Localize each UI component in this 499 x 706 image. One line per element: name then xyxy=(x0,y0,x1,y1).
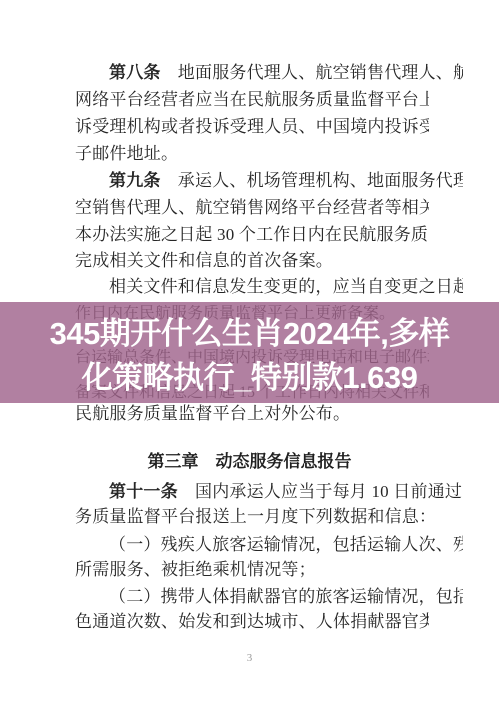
doc-line-text: 色通道次数、始发和到达城市、人体捐献器官类型、运输方 xyxy=(75,612,429,631)
doc-line: 第十一条 国内承运人应当于每月 10 日前通过民航服 xyxy=(75,482,463,502)
doc-line: 第九条 承运人、机场管理机构、地面服务代理人、航 xyxy=(75,171,463,191)
doc-line: 本办法实施之日起 30 个工作日内在民航服务质量监督平台 xyxy=(75,225,429,245)
doc-line: 所需服务、被拒绝乘机情况等； xyxy=(75,560,429,580)
doc-line: （一）残疾人旅客运输情况，包括运输人次、残疾类型、 xyxy=(75,535,463,555)
doc-line-text: 子邮件地址。 xyxy=(75,144,178,163)
doc-line-text: 地面服务代理人、航空销售代理人、航空销售 xyxy=(161,63,463,82)
doc-line: 诉受理机构或者投诉受理人员、中国境内投诉受理电话和电 xyxy=(75,117,429,137)
article-number: 第九条 xyxy=(109,171,161,190)
doc-line: 民航服务质量监督平台上对外公布。 xyxy=(75,404,429,424)
doc-line-text: 网络平台经营者应当在民航服务质量监督平台上备案其投 xyxy=(75,90,429,109)
doc-line: 相关文件和信息发生变更的，应当自变更之日起 5 个工 xyxy=(75,277,463,297)
doc-line: 网络平台经营者应当在民航服务质量监督平台上备案其投 xyxy=(75,90,429,110)
article-number: 第八条 xyxy=(109,63,161,82)
page-number: 3 xyxy=(0,652,499,665)
doc-line-text: （一）残疾人旅客运输情况，包括运输人次、残疾类型、 xyxy=(109,535,463,554)
doc-line-text: 相关文件和信息发生变更的，应当自变更之日起 5 个工 xyxy=(109,277,463,296)
doc-line: 色通道次数、始发和到达城市、人体捐献器官类型、运输方 xyxy=(75,612,429,632)
doc-line-text: 国内承运人应当于每月 10 日前通过民航服 xyxy=(178,482,463,501)
doc-line-text: 承运人、机场管理机构、地面服务代理人、航 xyxy=(161,171,463,190)
doc-line-text: 空销售代理人、航空销售网络平台经营者等相关单位应当在 xyxy=(75,198,429,217)
doc-line-text: 本办法实施之日起 30 个工作日内在民航服务质量监督平台 xyxy=(75,225,429,244)
overlay-title-line1: 345期开什么生肖2024年,多样 xyxy=(0,318,499,350)
chapter-heading: 第三章 动态服务信息报告 xyxy=(0,452,499,472)
doc-line-text: 完成相关文件和信息的首次备案。 xyxy=(75,251,333,270)
overlay-title-line2: 化策略执行_特别款1.639 xyxy=(0,362,499,394)
doc-line-text: （二）携带人体捐献器官的旅客运输情况，包括开通绿 xyxy=(109,587,463,606)
doc-line-text: 所需服务、被拒绝乘机情况等； xyxy=(75,560,316,579)
doc-line: （二）携带人体捐献器官的旅客运输情况，包括开通绿 xyxy=(75,587,463,607)
doc-line: 务质量监督平台报送上一月度下列数据和信息： xyxy=(75,507,429,527)
doc-line-text: 务质量监督平台报送上一月度下列数据和信息： xyxy=(75,507,429,526)
doc-line: 第八条 地面服务代理人、航空销售代理人、航空销售 xyxy=(75,63,463,83)
doc-line-text: 民航服务质量监督平台上对外公布。 xyxy=(75,404,350,423)
document-page: 第八条 地面服务代理人、航空销售代理人、航空销售 网络平台经营者应当在民航服务质… xyxy=(0,0,499,706)
doc-line: 完成相关文件和信息的首次备案。 xyxy=(75,251,429,271)
article-number: 第十一条 xyxy=(109,482,178,501)
doc-line: 子邮件地址。 xyxy=(75,144,429,164)
overlay-banner: 作日内在民航服务质量监督平台上更新备案。 台运输总条件、中国境内投诉受理电话和电… xyxy=(0,302,499,403)
doc-line: 空销售代理人、航空销售网络平台经营者等相关单位应当在 xyxy=(75,198,429,218)
doc-line-text: 诉受理机构或者投诉受理人员、中国境内投诉受理电话和电 xyxy=(75,117,429,136)
